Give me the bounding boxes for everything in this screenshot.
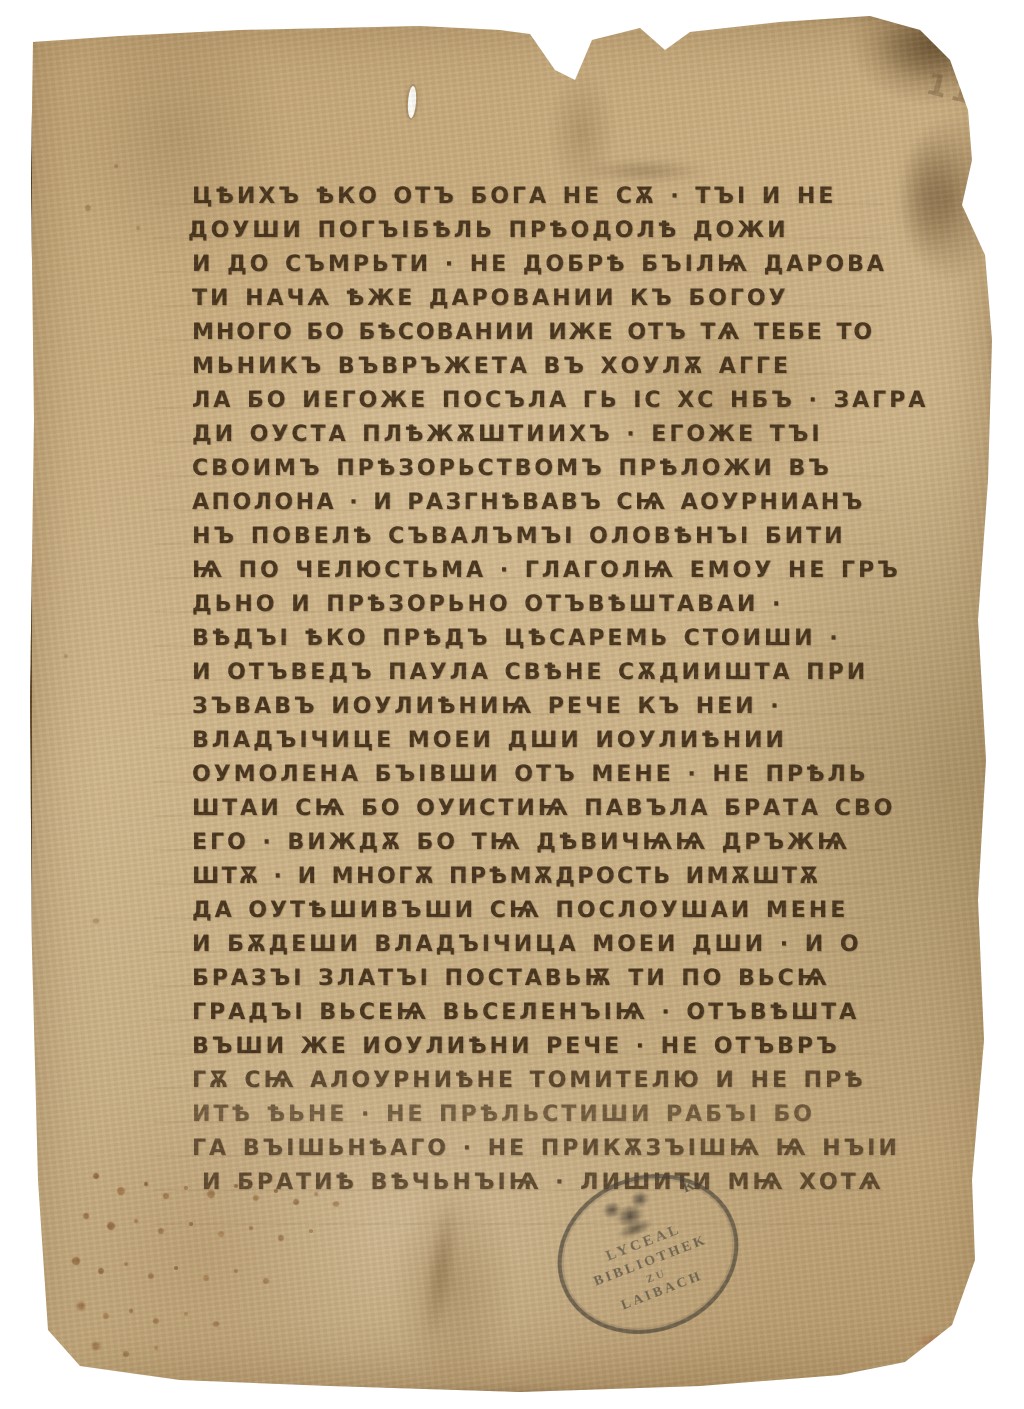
manuscript-line: НЪ ПОВЕЛѢ СЪВАЛЪМЪІ ОЛОВѢНЪІ БИТИ bbox=[192, 520, 892, 554]
manuscript-line: ИТѢ ѢЬНЕ · НЕ ПРѢЛЬСТИШИ РАБЪІ БО bbox=[192, 1098, 892, 1132]
mold-speckles bbox=[24, 14, 28, 18]
manuscript-line: И ДО СЪМРЬТИ · НЕ ДОБРѢ БЪІЛѨ ДАРОВА bbox=[192, 248, 892, 282]
manuscript-line: ДИ ОУСТА ПЛѢЖѪШТИИХЪ · ЕГОЖЕ ТЪІ bbox=[192, 418, 892, 452]
manuscript-line: БРАЗЪІ ЗЛАТЪІ ПОСТАВЬѬ ТИ ПО ВЬСѨ bbox=[192, 962, 892, 996]
manuscript-line: ЛА БО ИЕГОЖЕ ПОСЪЛА ГЬ ІС ХС НБЪ · ЗАГРА bbox=[192, 384, 892, 418]
manuscript-line: АПОЛОНА · И РАЗГНѢВАВЪ СѨ АОУРНИАНЪ bbox=[192, 486, 892, 520]
manuscript-line: ВѢДЪІ ѢКО ПРѢДЪ ЦѢСАРЕМЬ СТОИШИ · bbox=[192, 622, 892, 656]
manuscript-text-block: ЦѢИХЪ ѢКО ОТЪ БОГА НЕ СѪ · ТЪІ И НЕДОУШИ… bbox=[192, 180, 892, 1200]
manuscript-line: ВЪШИ ЖЕ ИОУЛИѢНИ РЕЧЕ · НЕ ОТЪВРЪ bbox=[192, 1030, 892, 1064]
manuscript-line: ШТАИ СѨ БО ОУИСТИѨ ПАВЪЛА БРАТА СВО bbox=[192, 792, 892, 826]
manuscript-line: И БРАТИѢ ВѢЧЬНЪІѨ · ЛИШИТИ МѨ ХОТѦ bbox=[202, 1166, 892, 1200]
manuscript-line: МНОГО БО БѢСОВАНИИ ИЖЕ ОТЪ ТѦ ТЕБЕ ТО bbox=[192, 316, 892, 350]
manuscript-line: ВЛАДЪІЧИЦЕ МОЕИ ДШИ ИОУЛИѢНИИ bbox=[192, 724, 892, 758]
manuscript-line: СВОИМЪ ПРѢЗОРЬСТВОМЪ ПРѢЛОЖИ ВЪ bbox=[192, 452, 892, 486]
manuscript-line: ОУМОЛЕНА БЪІВШИ ОТЪ МЕНЕ · НЕ ПРѢЛЬ bbox=[192, 758, 892, 792]
manuscript-line: ГѪ СѨ АЛОУРНИѢНЕ ТОМИТЕЛЮ И НЕ ПРѢ bbox=[192, 1064, 892, 1098]
manuscript-line: МЬНИКЪ ВЪВРЪЖЕТА ВЪ ХОУЛѪ АГГЕ bbox=[192, 350, 892, 384]
manuscript-line: ЕГО · ВИЖДѪ БО ТѨ ДѢВИЧѨѨ ДРЪЖѨ bbox=[192, 826, 892, 860]
manuscript-line: И ОТЪВЕДЪ ПАУЛА СВѢНЕ СѪДИИШТА ПРИ bbox=[192, 656, 892, 690]
parchment-hole bbox=[407, 86, 417, 118]
manuscript-line: Ѩ ПО ЧЕЛЮСТЬМА · ГЛАГОЛѨ ЕМОУ НЕ ГРЪ bbox=[192, 554, 892, 588]
folio-number: 11 bbox=[923, 67, 980, 113]
manuscript-line: ТИ НАЧѦ ѢЖЕ ДАРОВАНИИ КЪ БОГОУ bbox=[192, 282, 892, 316]
manuscript-line: И БѪДЕШИ ВЛАДЪІЧИЦА МОЕИ ДШИ · И О bbox=[192, 928, 892, 962]
manuscript-line: ГРАДЪІ ВЬСЕѨ ВЬСЕЛЕНЪІѨ · ОТЪВѢШТА bbox=[192, 996, 892, 1030]
manuscript-line: ГА ВЪІШЬНѢАГО · НЕ ПРИКѪЗЪІШѨ Ѩ НЪІИ bbox=[192, 1132, 892, 1166]
manuscript-line: ДА ОУТѢШИВЪШИ СѨ ПОСЛОУШАИ МЕНЕ bbox=[192, 894, 892, 928]
manuscript-line: ШТѪ · И МНОГѪ ПРѢМѪДРОСТЬ ИМѪШТѪ bbox=[192, 860, 892, 894]
left-edge-shadow bbox=[29, 40, 32, 1350]
parchment-page: 11 ЦѢИХЪ ѢКО ОТЪ БОГА НЕ СѪ · ТЪІ И НЕДО… bbox=[24, 14, 996, 1394]
red-corner-mark bbox=[913, 1330, 960, 1351]
manuscript-line: ЗЪВАВЪ ИОУЛИѢНИѨ РЕЧЕ КЪ НЕИ · bbox=[192, 690, 892, 724]
manuscript-line: ЦѢИХЪ ѢКО ОТЪ БОГА НЕ СѪ · ТЪІ И НЕ bbox=[192, 180, 892, 214]
manuscript-line: ДЬНО И ПРѢЗОРЬНО ОТЪВѢШТАВАИ · bbox=[192, 588, 892, 622]
stain-smudge bbox=[896, 132, 960, 260]
manuscript-line: ДОУШИ ПОГЪІБѢЛЬ ПРѢОДОЛѢ ДОЖИ bbox=[188, 214, 892, 248]
